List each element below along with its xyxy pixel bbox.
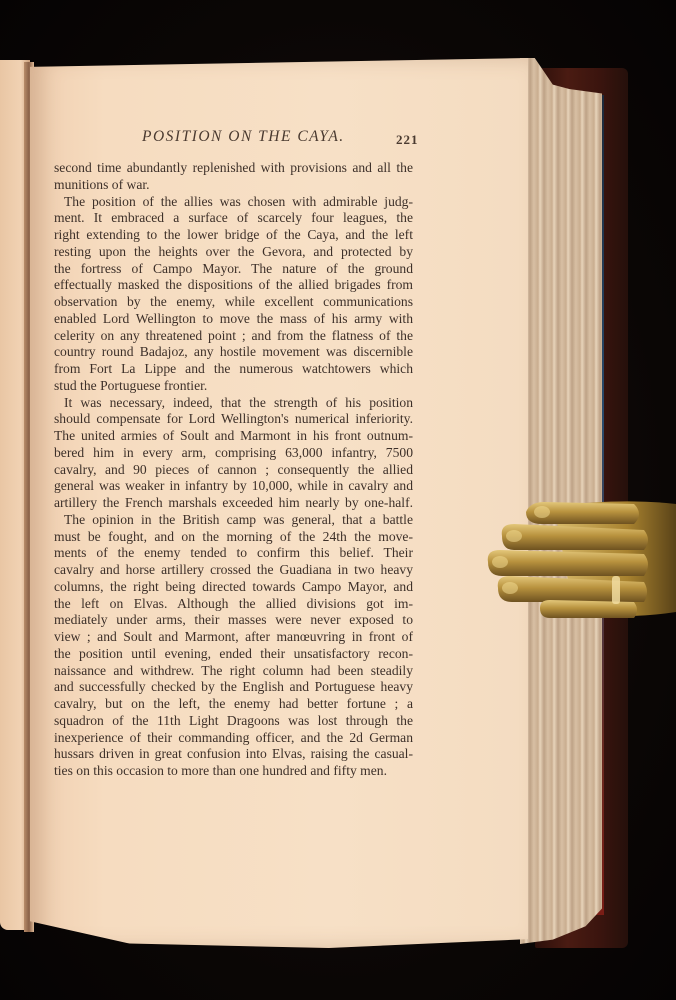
text-line: enabled Lord Wellington to move the mass…	[54, 311, 413, 328]
text-line: The united armies of Soult and Marmont i…	[54, 428, 413, 445]
text-line: ments of the enemy tended to confirm thi…	[54, 545, 413, 562]
text-line: the position until evening, ended their …	[54, 646, 413, 663]
text-line: squadron of the 11th Light Dragoons was …	[54, 713, 413, 730]
text-line: should compensate for Lord Wellington's …	[54, 411, 413, 428]
text-line: munitions of war.	[54, 177, 413, 194]
brass-hand-page-holder	[484, 494, 676, 624]
text-line: artillery the French marshals exceeded h…	[54, 495, 413, 512]
text-line: naissance and withdrew. The right column…	[54, 663, 413, 680]
body-text: second time abundantly replenished with …	[54, 160, 413, 780]
text-line: resting upon the heights over the Gevora…	[54, 244, 413, 261]
text-line: columns, the right being directed toward…	[54, 579, 413, 596]
text-line: view ; and Soult and Marmont, after manœ…	[54, 629, 413, 646]
text-line: the left on Elvas. Although the allied d…	[54, 596, 413, 613]
text-line: must be fought, and on the morning of th…	[54, 529, 413, 546]
text-line: ties on this occasion to more than one h…	[54, 763, 413, 780]
running-title: POSITION ON THE CAYA.	[142, 128, 345, 146]
text-line: cavalry, but on the left, the enemy had …	[54, 696, 413, 713]
text-line: effectually masked the dispositions of t…	[54, 277, 413, 294]
text-line: cavalry, and 90 pieces of cannon ; conse…	[54, 462, 413, 479]
text-line: and successfully checked by the English …	[54, 679, 413, 696]
text-line: country round Badajoz, any hostile movem…	[54, 344, 413, 361]
text-line: cavalry and horse artillery crossed the …	[54, 562, 413, 579]
text-line: stud the Portuguese frontier.	[54, 378, 413, 395]
text-line: ment. It embraced a surface of scarcely …	[54, 210, 413, 227]
text-line: from Fort La Lippe and the numerous watc…	[54, 361, 413, 378]
text-line: general was weaker in infantry by 10,000…	[54, 478, 413, 495]
text-line: second time abundantly replenished with …	[54, 160, 413, 177]
text-line: observation by the enemy, while excellen…	[54, 294, 413, 311]
text-line: The opinion in the British camp was gene…	[54, 512, 413, 529]
text-line: mediately under arms, their masses were …	[54, 612, 413, 629]
text-line: celerity on any threatened point ; and f…	[54, 328, 413, 345]
text-line: the fortress of Campo Mayor. The nature …	[54, 261, 413, 278]
text-line: hussars driven in great confusion into E…	[54, 746, 413, 763]
text-line: bered him in every arm, comprising 63,00…	[54, 445, 413, 462]
text-line: The position of the allies was chosen wi…	[54, 194, 413, 211]
text-line: It was necessary, indeed, that the stren…	[54, 395, 413, 412]
text-line: right extending to the lower bridge of t…	[54, 227, 413, 244]
running-head: POSITION ON THE CAYA. 221	[30, 128, 528, 154]
page-number: 221	[396, 132, 419, 148]
text-line: inexperience of their commanding officer…	[54, 730, 413, 747]
